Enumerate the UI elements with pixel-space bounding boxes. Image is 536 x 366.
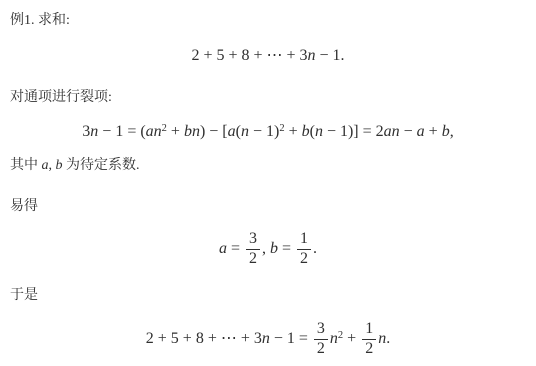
- example-heading: 例1. 求和:: [10, 12, 526, 30]
- math-roman-run: −: [400, 123, 417, 140]
- where-coefficients-line: 其中 a, b 为待定系数.: [10, 157, 526, 175]
- math-roman-run: +: [343, 330, 360, 347]
- fraction-numerator: 1: [297, 231, 311, 249]
- fraction: 32: [314, 321, 328, 358]
- fraction-denominator: 2: [246, 249, 260, 268]
- math-italic-run: a: [417, 123, 425, 140]
- text-run: 为待定系数.: [63, 158, 140, 173]
- math-roman-run: +: [285, 123, 302, 140]
- math-italic-run: a: [219, 240, 227, 257]
- math-roman-run: ) − [: [200, 123, 228, 140]
- math-roman-run: .: [386, 330, 390, 347]
- math-italic-run: n: [330, 330, 338, 347]
- math-roman-run: +: [167, 123, 184, 140]
- easy-get-line: 易得: [10, 198, 526, 216]
- fraction-denominator: 2: [297, 249, 311, 268]
- math-italic-run: a: [42, 158, 49, 173]
- math-italic-run: b: [270, 240, 278, 257]
- math-italic-run: n: [241, 123, 249, 140]
- math-roman-run: − 1.: [316, 47, 345, 64]
- fraction: 32: [246, 231, 260, 268]
- formula-ab-values: a = 32, b = 12.: [0, 231, 536, 268]
- math-italic-run: b: [56, 158, 63, 173]
- fraction: 12: [297, 231, 311, 268]
- thus-line: 于是: [10, 287, 526, 305]
- math-italic-run: n: [315, 123, 323, 140]
- text-run: 其中: [10, 158, 42, 173]
- math-italic-run: n: [378, 330, 386, 347]
- math-roman-run: − 1)] = 2: [323, 123, 384, 140]
- fraction-denominator: 2: [314, 339, 328, 358]
- formula-result: 2 + 5 + 8 + ⋯ + 3n − 1 = 32n2 + 12n.: [0, 321, 536, 358]
- math-roman-run: .: [313, 240, 317, 257]
- math-italic-run: an: [384, 123, 400, 140]
- math-roman-run: 2 + 5 + 8 + ⋯ + 3: [191, 47, 307, 64]
- math-roman-run: =: [278, 240, 295, 257]
- fraction: 12: [362, 321, 376, 358]
- fraction-numerator: 3: [246, 231, 260, 249]
- formula-sum: 2 + 5 + 8 + ⋯ + 3n − 1.: [0, 46, 536, 66]
- math-roman-run: − 1 =: [270, 330, 312, 347]
- math-roman-run: − 1): [249, 123, 279, 140]
- fraction-numerator: 3: [314, 321, 328, 339]
- math-roman-run: 2 + 5 + 8 + ⋯ + 3: [146, 330, 262, 347]
- math-roman-run: =: [227, 240, 244, 257]
- math-italic-run: a: [228, 123, 236, 140]
- fraction-numerator: 1: [362, 321, 376, 339]
- math-italic-run: n: [308, 47, 316, 64]
- formula-split-term: 3n − 1 = (an2 + bn) − [a(n − 1)2 + b(n −…: [0, 119, 536, 142]
- math-italic-run: b: [302, 123, 310, 140]
- math-roman-run: ,: [49, 158, 56, 173]
- fraction-denominator: 2: [362, 339, 376, 358]
- document-page: 例1. 求和: 2 + 5 + 8 + ⋯ + 3n − 1. 对通项进行裂项:…: [0, 0, 536, 366]
- math-italic-run: bn: [184, 123, 200, 140]
- math-roman-run: − 1 = (: [98, 123, 145, 140]
- split-intro-line: 对通项进行裂项:: [10, 89, 526, 107]
- math-roman-run: +: [425, 123, 442, 140]
- math-roman-run: ,: [262, 240, 270, 257]
- math-roman-run: ,: [450, 123, 454, 140]
- math-italic-run: b: [442, 123, 450, 140]
- math-italic-run: an: [146, 123, 162, 140]
- math-italic-run: n: [262, 330, 270, 347]
